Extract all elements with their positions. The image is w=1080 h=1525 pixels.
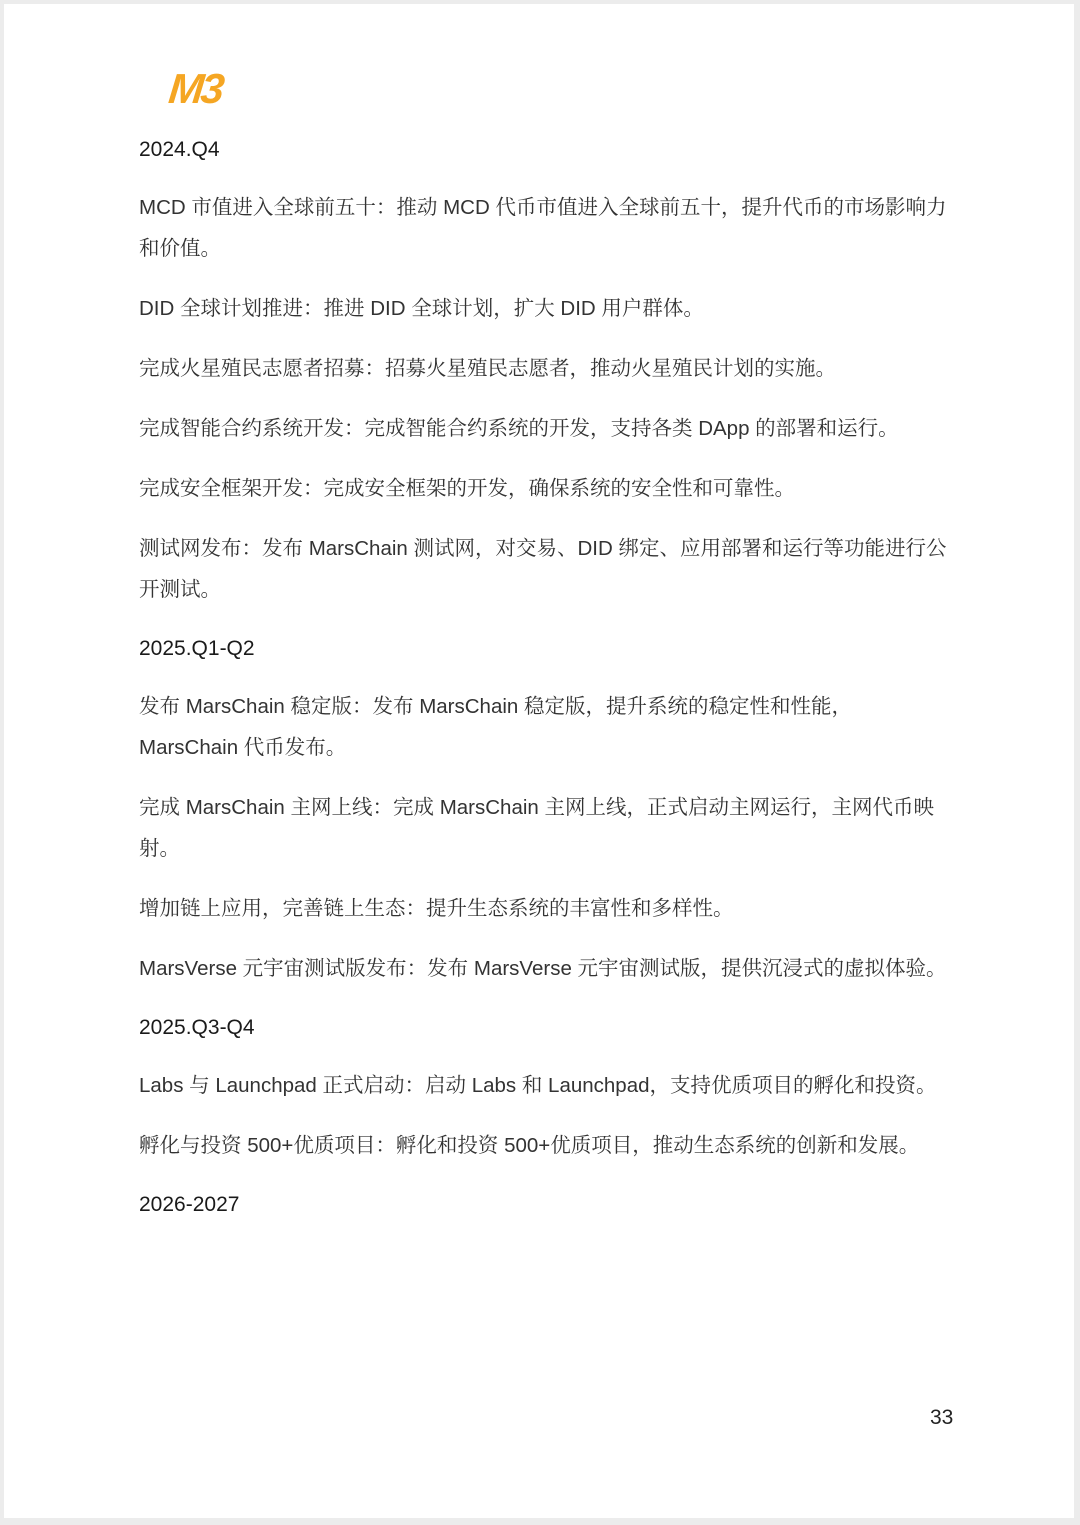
- roadmap-item: 增加链上应用，完善链上生态：提升生态系统的丰富性和多样性。: [139, 888, 959, 929]
- section-heading: 2026-2027: [139, 1185, 959, 1225]
- section-heading: 2025.Q1-Q2: [139, 629, 959, 669]
- document-page: M3 2024.Q4 MCD 市值进入全球前五十：推动 MCD 代币市值进入全球…: [4, 4, 1074, 1518]
- roadmap-item: DID 全球计划推进：推进 DID 全球计划，扩大 DID 用户群体。: [139, 288, 959, 329]
- roadmap-item: 完成火星殖民志愿者招募：招募火星殖民志愿者，推动火星殖民计划的实施。: [139, 348, 959, 389]
- roadmap-item: 测试网发布：发布 MarsChain 测试网，对交易、DID 绑定、应用部署和运…: [139, 528, 951, 610]
- roadmap-item: MCD 市值进入全球前五十：推动 MCD 代币市值进入全球前五十，提升代币的市场…: [139, 187, 949, 269]
- roadmap-item: 完成安全框架开发：完成安全框架的开发，确保系统的安全性和可靠性。: [139, 468, 959, 509]
- roadmap-item: Labs 与 Launchpad 正式启动：启动 Labs 和 Launchpa…: [139, 1065, 939, 1106]
- page-number: 33: [930, 1406, 953, 1430]
- roadmap-item: 完成智能合约系统开发：完成智能合约系统的开发，支持各类 DApp 的部署和运行。: [139, 408, 969, 449]
- section-heading: 2025.Q3-Q4: [139, 1008, 959, 1048]
- roadmap-item: 完成 MarsChain 主网上线：完成 MarsChain 主网上线，正式启动…: [139, 787, 957, 869]
- roadmap-item: MarsVerse 元宇宙测试版发布：发布 MarsVerse 元宇宙测试版，提…: [139, 948, 954, 989]
- roadmap-item: 发布 MarsChain 稳定版：发布 MarsChain 稳定版，提升系统的稳…: [139, 686, 899, 768]
- m3-logo: M3: [167, 68, 224, 110]
- roadmap-item: 孵化与投资 500+优质项目：孵化和投资 500+优质项目，推动生态系统的创新和…: [139, 1125, 929, 1166]
- roadmap-content: 2024.Q4 MCD 市值进入全球前五十：推动 MCD 代币市值进入全球前五十…: [139, 130, 959, 1242]
- section-heading: 2024.Q4: [139, 130, 959, 170]
